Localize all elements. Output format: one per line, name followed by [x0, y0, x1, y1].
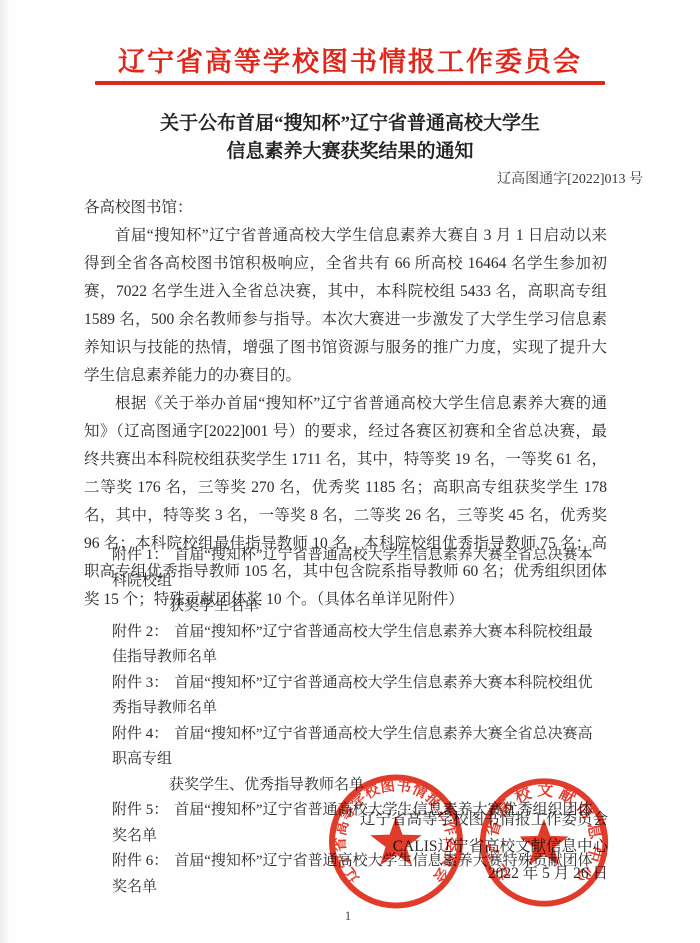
attachment-item-3: 附件 3：首届“搜知杯”辽宁省普通高校大学生信息素养大赛本科院校组优秀指导教师名…	[112, 671, 606, 722]
notice-title-line1: 关于公布首届“搜知杯”辽宁省普通高校大学生	[0, 110, 700, 138]
attachment-label: 附件 3：	[112, 675, 168, 691]
attachment-label: 附件 1：	[112, 547, 168, 563]
attachment-label: 附件 2：	[112, 624, 168, 640]
notice-title-line2: 信息素养大赛获奖结果的通知	[0, 138, 700, 166]
scanned-notice-document: 辽宁省高等学校图书情报工作委员会 关于公布首届“搜知杯”辽宁省普通高校大学生 信…	[0, 0, 700, 943]
attachment-label: 附件 4：	[112, 726, 168, 742]
committee-letterhead: 辽宁省高等学校图书情报工作委员会	[0, 40, 700, 79]
attachment-item-1-continuation: 获奖学生名单	[169, 594, 606, 620]
document-number: 辽高图通字[2022]013 号	[497, 168, 643, 188]
attachment-label: 附件 6：	[112, 853, 168, 869]
seal-star-icon	[519, 819, 568, 866]
notice-title: 关于公布首届“搜知杯”辽宁省普通高校大学生 信息素养大赛获奖结果的通知	[0, 110, 700, 166]
salutation: 各高校图书馆：	[84, 194, 607, 222]
seal-star-icon	[370, 817, 421, 866]
attachment-item-1: 附件 1：首届“搜知杯”辽宁省普通高校大学生信息素养大赛全省总决赛本科院校组	[112, 543, 606, 594]
official-seal-left: 辽宁省高等学校图书情报工作委员会	[326, 771, 466, 912]
letterhead-divider	[95, 81, 605, 85]
attachment-text: 首届“搜知杯”辽宁省普通高校大学生信息素养大赛全省总决赛高职高专组	[112, 726, 593, 768]
attachment-text: 首届“搜知杯”辽宁省普通高校大学生信息素养大赛全省总决赛本科院校组	[112, 547, 593, 589]
attachment-item-2: 附件 2：首届“搜知杯”辽宁省普通高校大学生信息素养大赛本科院校组最佳指导教师名…	[112, 620, 606, 671]
official-seal-right: 辽宁省高校文献信息中心	[477, 775, 611, 910]
attachment-text: 首届“搜知杯”辽宁省普通高校大学生信息素养大赛本科院校组优秀指导教师名单	[112, 675, 593, 717]
body-paragraph-1: 首届“搜知杯”辽宁省普通高校大学生信息素养大赛自 3 月 1 日启动以来得到全省…	[84, 222, 607, 390]
attachment-label: 附件 5：	[112, 802, 168, 818]
page-number: 1	[330, 909, 366, 924]
attachment-text: 首届“搜知杯”辽宁省普通高校大学生信息素养大赛本科院校组最佳指导教师名单	[112, 624, 593, 666]
attachment-item-4: 附件 4：首届“搜知杯”辽宁省普通高校大学生信息素养大赛全省总决赛高职高专组	[112, 722, 606, 773]
